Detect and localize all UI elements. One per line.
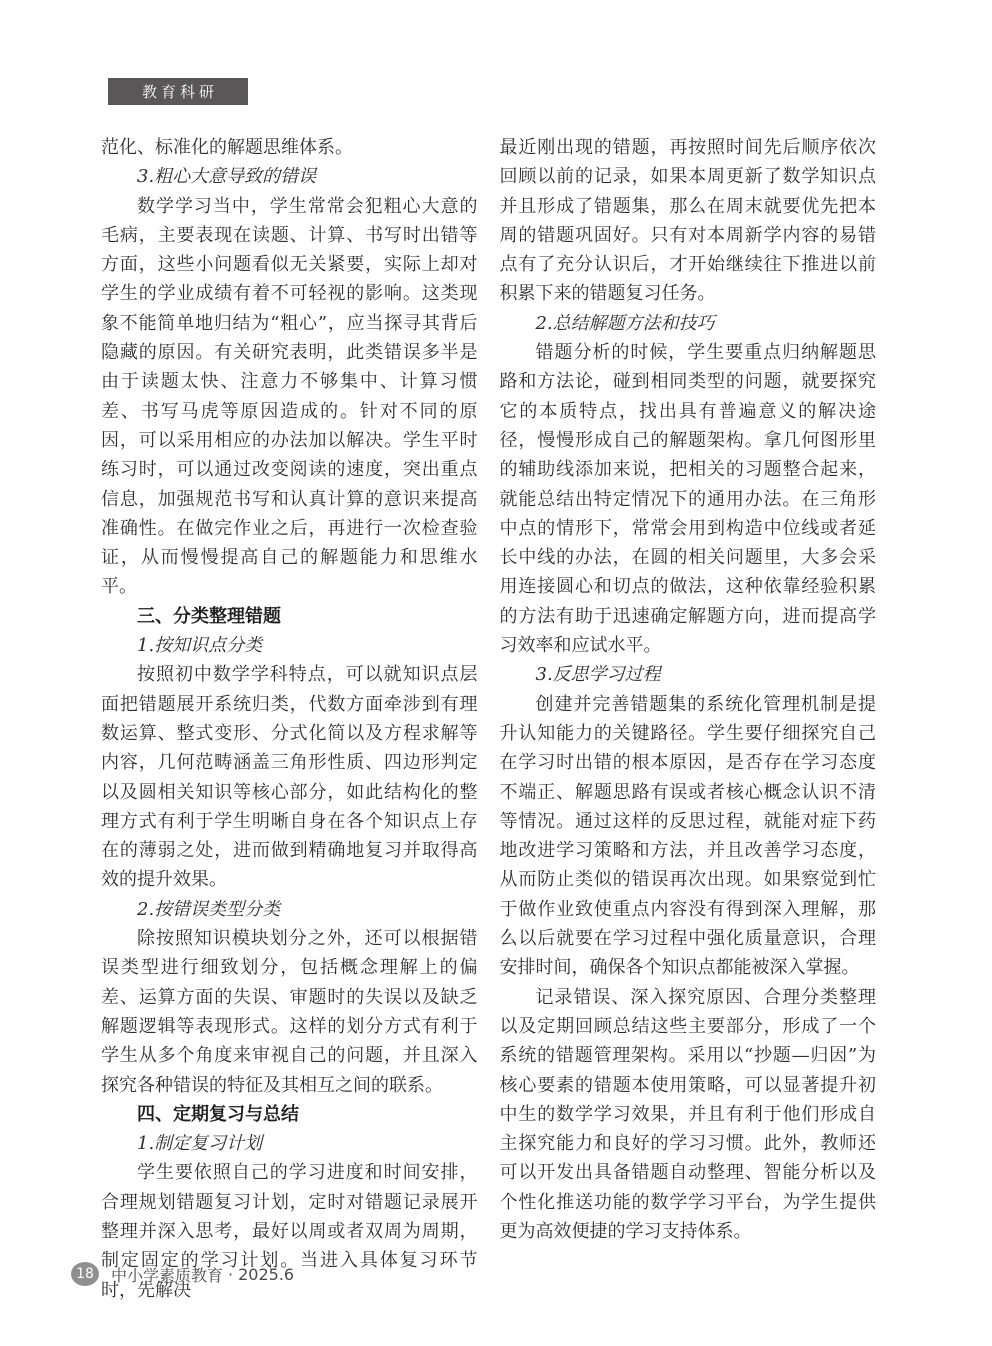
sub-heading: 2.按错误类型分类 — [101, 895, 478, 924]
article-body: 范化、标准化的解题思维体系。3.粗心大意导致的错误数学学习当中，学生常常会犯粗心… — [101, 133, 876, 1305]
sub-heading: 1.按知识点分类 — [101, 631, 478, 660]
magazine-page: 教育科研 范化、标准化的解题思维体系。3.粗心大意导致的错误数学学习当中，学生常… — [0, 0, 992, 1346]
section-heading: 三、分类整理错题 — [101, 602, 478, 631]
journal-name: 中小学素质教育 — [111, 1263, 223, 1286]
body-paragraph: 记录错误、深入探究原因、合理分类整理以及定期回顾总结这些主要部分，形成了一个系统… — [500, 983, 877, 1247]
page-number-badge: 18 — [71, 1262, 99, 1286]
section-heading: 四、定期复习与总结 — [101, 1100, 478, 1129]
sub-heading: 2.总结解题方法和技巧 — [500, 309, 877, 338]
body-paragraph: 创建并完善错题集的系统化管理机制是提升认知能力的关键路径。学生要仔细探究自己在学… — [500, 690, 877, 983]
body-paragraph: 数学学习当中，学生常常会犯粗心大意的毛病，主要表现在读题、计算、书写时出错等方面… — [101, 192, 478, 602]
section-badge: 教育科研 — [108, 78, 248, 105]
right-column: 最近刚出现的错题，再按照时间先后顺序依次回顾以前的记录，如果本周更新了数学知识点… — [500, 133, 877, 1305]
sub-heading: 3.反思学习过程 — [500, 660, 877, 689]
issue-label: 2025.6 — [238, 1265, 294, 1284]
page-footer: 18 中小学素质教育 · 2025.6 — [71, 1262, 294, 1286]
body-paragraph: 除按照知识模块划分之外，还可以根据错误类型进行细致划分，包括概念理解上的偏差、运… — [101, 924, 478, 1100]
sub-heading: 1.制定复习计划 — [101, 1129, 478, 1158]
continued-paragraph: 范化、标准化的解题思维体系。 — [101, 133, 478, 162]
sub-heading: 3.粗心大意导致的错误 — [101, 162, 478, 191]
footer-separator: · — [228, 1265, 233, 1284]
left-column: 范化、标准化的解题思维体系。3.粗心大意导致的错误数学学习当中，学生常常会犯粗心… — [101, 133, 478, 1305]
body-paragraph: 错题分析的时候，学生要重点归纳解题思路和方法论，碰到相同类型的问题，就要探究它的… — [500, 338, 877, 660]
continued-paragraph: 最近刚出现的错题，再按照时间先后顺序依次回顾以前的记录，如果本周更新了数学知识点… — [500, 133, 877, 309]
body-paragraph: 按照初中数学学科特点，可以就知识点层面把错题展开系统归类，代数方面牵涉到有理数运… — [101, 660, 478, 894]
